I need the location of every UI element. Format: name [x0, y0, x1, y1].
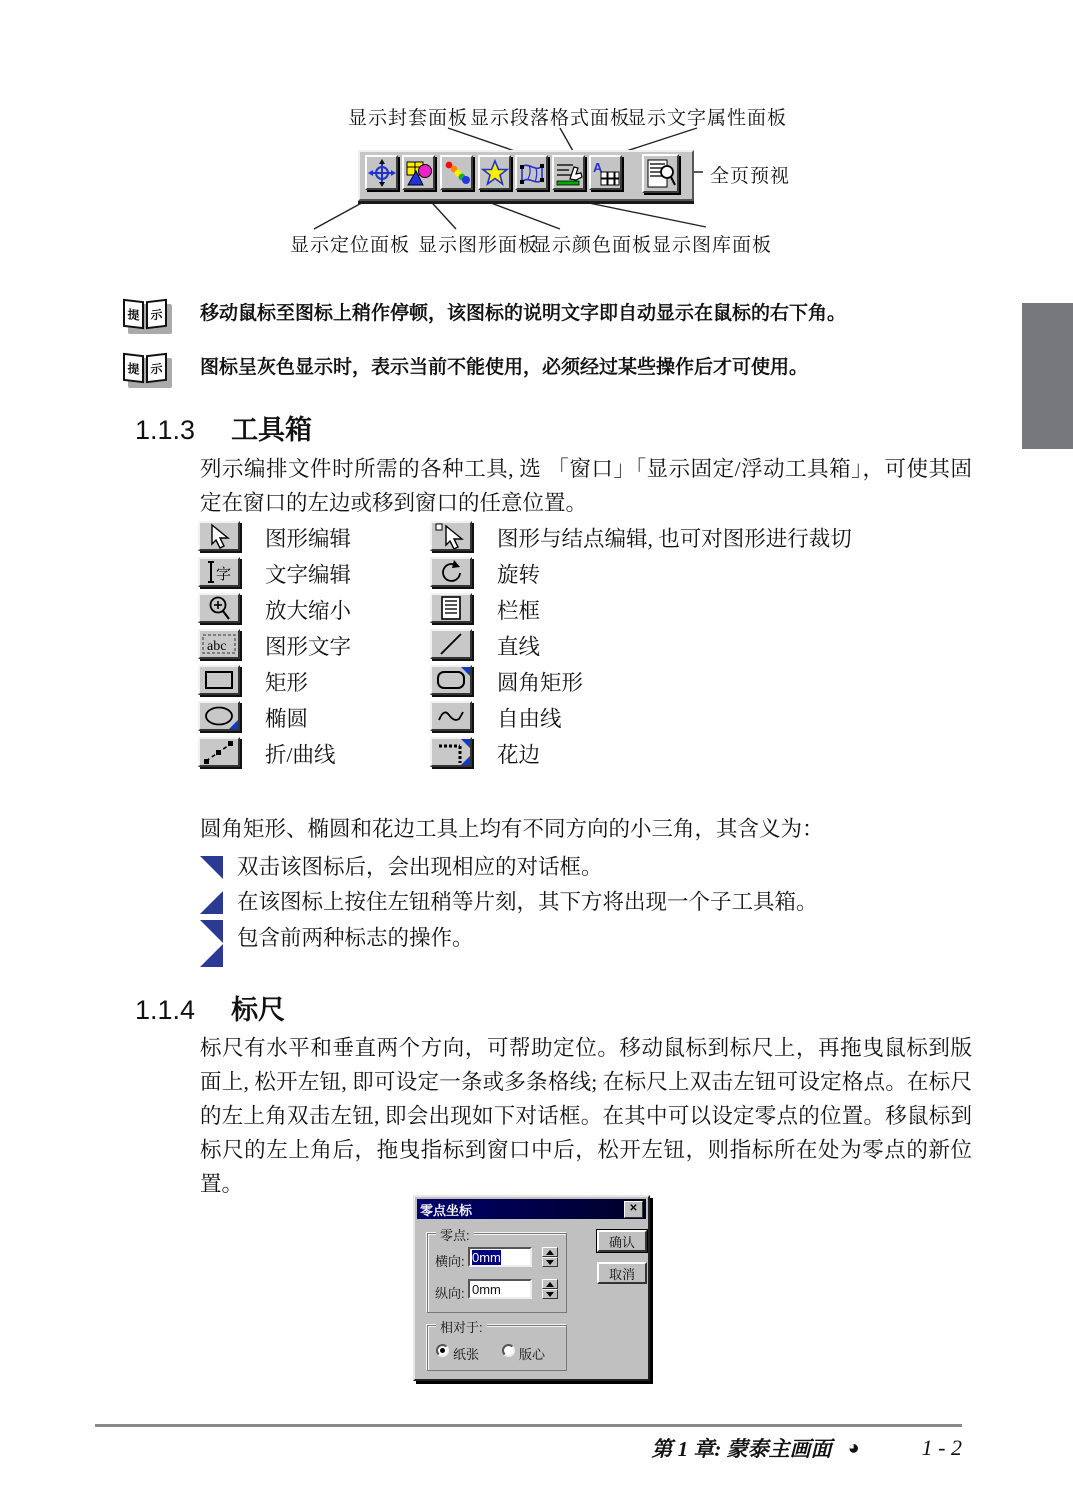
quarter-moon-circle-icon: ◕ [848, 1437, 860, 1460]
section-number: 1.1.3 [135, 415, 195, 445]
section-title: 工具箱 [231, 415, 312, 445]
tool-label: 折/曲线 [265, 738, 335, 769]
dialog-title: 零点坐标 [420, 1200, 472, 1219]
graphic-text-tool-button[interactable]: abc [198, 629, 240, 659]
tool-row: 折/曲线 花边 [198, 737, 998, 773]
svg-text:字: 字 [216, 566, 231, 583]
tool-label: 文字编辑 [265, 558, 351, 589]
footer-page-number: 1 - 2 [922, 1435, 962, 1461]
vertical-spinner [542, 1279, 558, 1299]
position-panel-button[interactable] [365, 155, 398, 190]
callout-graphics-panel: 显示图形面板 [418, 230, 538, 257]
color-panel-button[interactable] [440, 155, 473, 190]
text-cursor-icon: 字 [203, 559, 235, 585]
polyline-icon [202, 739, 236, 765]
spinner-up-icon[interactable] [542, 1247, 558, 1257]
tool-label: 图形编辑 [265, 522, 351, 553]
tool-row: 字 文字编辑 旋转 [198, 557, 998, 593]
graphics-panel-button[interactable] [402, 155, 435, 190]
svg-text:abc: abc [207, 639, 226, 654]
triangle-item-text: 双击该图标后，会出现相应的对话框。 [237, 850, 603, 881]
graphic-text-icon: abc [201, 631, 237, 657]
tool-label: 花边 [497, 738, 540, 769]
polyline-tool-button[interactable] [198, 737, 240, 767]
triangle-bottom-right-icon [200, 891, 223, 914]
paragraph-format-panel-button[interactable] [552, 155, 585, 190]
relative-group-label: 相对于: [436, 1317, 487, 1336]
envelope-panel-icon [518, 159, 546, 187]
column-frame-tool-button[interactable] [430, 593, 472, 623]
section-number: 1.1.4 [135, 995, 195, 1025]
callout-text-attribute-panel: 显示文字属性面板 [627, 103, 787, 130]
tool-row: 矩形 圆角矩形 [198, 665, 998, 701]
vertical-label: 纵向: [435, 1283, 465, 1302]
tip-text-1: 移动鼠标至图标上稍作停顿，该图标的说明文字即自动显示在鼠标的右下角。 [200, 301, 960, 327]
rounded-rectangle-tool-button[interactable] [430, 665, 472, 695]
footer: 第 1 章: 蒙泰主画面 ◕ 1 - 2 [0, 1433, 962, 1463]
zoom-tool-button[interactable] [198, 593, 240, 623]
tool-label: 自由线 [497, 702, 562, 733]
footer-rule [95, 1424, 962, 1427]
select-arrow-icon [204, 523, 234, 549]
gallery-star-icon [481, 159, 509, 187]
vertical-value: 0mm [472, 1282, 501, 1297]
triangle-legend: 双击该图标后，会出现相应的对话框。 在该图标上按住左钮稍等片刻，其下方将出现一个… [200, 850, 980, 980]
section-heading-ruler: 1.1.4标尺 [135, 988, 285, 1027]
cancel-button[interactable]: 取消 [597, 1262, 647, 1284]
tool-label: 图形文字 [265, 630, 351, 661]
full-page-preview-button[interactable] [642, 154, 679, 193]
fancy-border-icon [434, 739, 468, 765]
paragraph-format-panel-icon [555, 159, 583, 187]
tool-label: 放大缩小 [265, 594, 351, 625]
rounded-rectangle-icon [434, 667, 468, 693]
vertical-input[interactable]: 0mm [468, 1279, 532, 1299]
tip-book-icon: 提 示 [122, 352, 174, 392]
section-title: 标尺 [231, 995, 285, 1025]
rectangle-tool-button[interactable] [198, 665, 240, 695]
section-heading-toolbox: 1.1.3工具箱 [135, 408, 312, 447]
tool-label: 圆角矩形 [497, 666, 583, 697]
text-attribute-panel-button[interactable]: A [589, 155, 622, 190]
rectangle-icon [202, 667, 236, 693]
tool-row: 椭圆 自由线 [198, 701, 998, 737]
callout-envelope-panel: 显示封套面板 [348, 103, 468, 130]
panel-toolbar-strip: A [358, 150, 694, 201]
horizontal-label: 横向: [435, 1251, 465, 1270]
toolbox-intro: 列示编排文件时所需的各种工具, 选 「窗口」「显示固定/浮动工具箱」，可使其固定… [200, 452, 972, 520]
envelope-panel-button[interactable] [515, 155, 548, 190]
ruler-body: 标尺有水平和垂直两个方向，可帮助定位。移动鼠标到标尺上，再拖曳鼠标到版面上, 松… [200, 1031, 972, 1201]
full-page-preview-icon [646, 158, 676, 189]
callout-full-page-preview: 全页预视 [710, 161, 790, 188]
tip-book-icon: 提 示 [122, 298, 174, 338]
triangle-note: 圆角矩形、椭圆和花边工具上均有不同方向的小三角，其含义为： [200, 812, 972, 846]
tool-label: 栏框 [497, 594, 540, 625]
zoom-icon [204, 595, 234, 621]
node-edit-tool-button[interactable] [430, 521, 472, 551]
tool-row: 图形编辑 图形与结点编辑, 也可对图形进行裁切 [198, 521, 998, 557]
callout-paragraph-format-panel: 显示段落格式面板 [470, 103, 630, 130]
relative-group: 相对于: 纸张 版心 [427, 1325, 567, 1371]
ok-button[interactable]: 确认 [597, 1230, 647, 1252]
callout-position-panel: 显示定位面板 [290, 230, 410, 257]
position-panel-icon [368, 159, 396, 187]
tip-badge-right: 示 [146, 353, 167, 384]
text-attribute-panel-icon: A [592, 159, 620, 187]
fancy-border-tool-button[interactable] [430, 737, 472, 767]
text-edit-tool-button[interactable]: 字 [198, 557, 240, 587]
triangle-both-icon [200, 920, 223, 943]
spinner-down-icon[interactable] [542, 1257, 558, 1267]
tool-label: 旋转 [497, 558, 540, 589]
paper-radio[interactable] [436, 1344, 449, 1357]
straight-line-icon [436, 631, 466, 657]
tip-badge-right: 示 [146, 299, 167, 330]
paper-radio-label[interactable]: 纸张 [453, 1344, 479, 1363]
gallery-panel-button[interactable] [478, 155, 511, 190]
rotate-icon [437, 559, 465, 585]
toolbox-list: 图形编辑 图形与结点编辑, 也可对图形进行裁切 字 文字编辑 [198, 521, 998, 781]
tip-badge-left: 提 [123, 299, 144, 330]
tool-row: 放大缩小 栏框 [198, 593, 998, 629]
tool-row: abc 图形文字 直线 [198, 629, 998, 665]
triangle-item-text: 在该图标上按住左钮稍等片刻，其下方将出现一个子工具箱。 [237, 885, 818, 916]
manual-page: 显示封套面板 显示段落格式面板 显示文字属性面板 [0, 0, 1073, 1488]
dialog-titlebar[interactable]: 零点坐标 ✕ [417, 1199, 646, 1219]
straight-line-tool-button[interactable] [430, 629, 472, 659]
callout-color-panel: 显示颜色面板 [532, 230, 652, 257]
type-area-radio-label[interactable]: 版心 [519, 1344, 545, 1363]
callout-gallery-panel: 显示图库面板 [652, 230, 772, 257]
triangle-item-text: 包含前两种标志的操作。 [237, 921, 474, 952]
zero-group: 零点: 横向: 0mm 纵向: 0mm [427, 1233, 567, 1313]
node-edit-arrow-icon [434, 523, 468, 549]
spinner-down-icon[interactable] [542, 1289, 558, 1299]
tool-label: 矩形 [265, 666, 308, 697]
panel-toolbar-figure: 显示封套面板 显示段落格式面板 显示文字属性面板 [0, 0, 1073, 270]
tool-label: 直线 [497, 630, 540, 661]
rotate-tool-button[interactable] [430, 557, 472, 587]
freehand-line-icon [435, 703, 467, 729]
select-arrow-tool-button[interactable] [198, 521, 240, 551]
triangle-top-right-icon [200, 856, 223, 879]
graphics-panel-icon [405, 159, 433, 187]
chapter-side-tab [1022, 303, 1073, 449]
tip-text-2: 图标呈灰色显示时，表示当前不能使用，必须经过某些操作后才可使用。 [200, 355, 960, 381]
color-panel-icon [443, 159, 471, 187]
type-area-radio[interactable] [502, 1344, 515, 1357]
freehand-line-tool-button[interactable] [430, 701, 472, 731]
close-icon[interactable]: ✕ [624, 1201, 643, 1218]
tip-badge-left: 提 [123, 353, 144, 384]
zero-point-dialog: 零点坐标 ✕ 零点: 横向: 0mm 纵向: 0mm 确认 取消 [413, 1195, 650, 1381]
triangle-both-icon [200, 944, 223, 967]
tool-label: 图形与结点编辑, 也可对图形进行裁切 [497, 522, 852, 553]
spinner-up-icon[interactable] [542, 1279, 558, 1289]
horizontal-value: 0mm [472, 1250, 501, 1265]
horizontal-spinner [542, 1247, 558, 1267]
horizontal-input[interactable]: 0mm [468, 1247, 532, 1267]
zero-group-label: 零点: [436, 1225, 474, 1244]
ellipse-tool-button[interactable] [198, 701, 240, 731]
footer-chapter: 第 1 章: 蒙泰主画面 [651, 1433, 831, 1463]
ellipse-icon [202, 703, 236, 729]
column-frame-icon [437, 595, 465, 621]
tool-label: 椭圆 [265, 702, 308, 733]
